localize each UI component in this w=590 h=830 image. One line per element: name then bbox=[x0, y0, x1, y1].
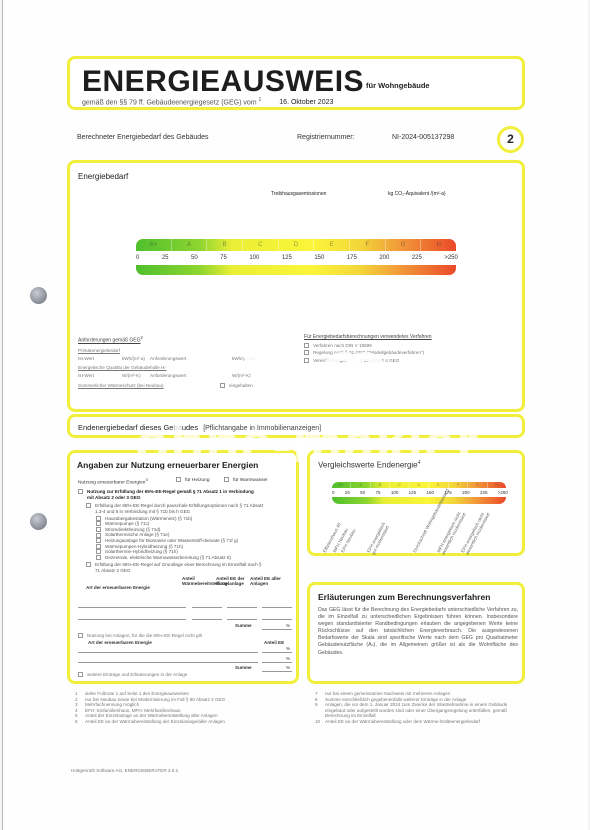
energy-demand-title: Energiebedarf bbox=[78, 172, 128, 181]
input-line[interactable] bbox=[227, 607, 257, 608]
scale-tick: 200 bbox=[379, 255, 389, 261]
renewable-option-label: Stromdirektheizung (§ 71d) bbox=[105, 527, 160, 532]
explanations-text: Das GEG lässt für die Berechnung des Ene… bbox=[318, 607, 518, 657]
input-line[interactable] bbox=[262, 619, 292, 620]
col-share-ee-single: Anteil EE der Einzelanlage bbox=[216, 576, 250, 591]
requirements-title: Anforderungen gemäß GEG bbox=[78, 338, 141, 344]
punch-hole bbox=[30, 513, 47, 530]
energy-class-segment: B bbox=[207, 239, 243, 251]
col-share-ee: Anteil EE bbox=[264, 640, 284, 646]
footnote-ref: 1 bbox=[259, 97, 262, 103]
explanations-title: Erläuterungen zum Berechnungsverfahren bbox=[318, 592, 490, 602]
scale-tick: 0 bbox=[332, 490, 335, 495]
software-credit: Hottgenroth Software AG, ENERGIEBERATER … bbox=[71, 768, 178, 773]
scale-tick: 175 bbox=[347, 255, 357, 261]
input-line[interactable] bbox=[262, 652, 292, 653]
registration-label: Registriernummer: bbox=[297, 134, 355, 141]
energy-class-segment: E bbox=[314, 239, 350, 251]
renewable-option-checkbox[interactable] bbox=[96, 549, 101, 554]
footnote-text: Anteil EE an der Wärmebereitstellung ode… bbox=[325, 719, 480, 725]
renewables-box: Angaben zur Nutzung erneuerbarer Energie… bbox=[67, 450, 299, 684]
renewable-option-label: Wärmepumpen-Hybridheizung (§ 71h) bbox=[105, 544, 183, 549]
energy-class-segment: A bbox=[172, 239, 208, 251]
renewable-option-checkbox[interactable] bbox=[96, 516, 101, 521]
scale-tick: 200 bbox=[462, 490, 470, 495]
scale-tick: 225 bbox=[412, 255, 422, 261]
energy-class-segment: A+ bbox=[332, 482, 351, 488]
renewable-option-label: Dezentrale, elektrische Warmwasserbereit… bbox=[105, 555, 231, 560]
scale-tick: 150 bbox=[314, 255, 324, 261]
renewable-option-label: Wärmepumpe (§ 71c) bbox=[105, 521, 149, 526]
energy-class-segment: H bbox=[421, 239, 456, 251]
sum-input[interactable] bbox=[262, 671, 292, 672]
law-reference: gemäß den §§ 79 ff. Gebäudeenergiegesetz… bbox=[82, 99, 257, 106]
energy-class-segment: C bbox=[390, 482, 409, 488]
section-label: Berechneter Energiebedarf des Gebäudes bbox=[77, 134, 209, 141]
document-subtitle: für Wohngebäude bbox=[366, 81, 430, 90]
renewable-option-label: Solarthermische Anlage (§ 71e) bbox=[105, 532, 169, 537]
rule65-label: Nutzung zur Erfüllung der 65%-EE-Regel g… bbox=[87, 489, 257, 500]
comparison-label: EFH energetischgut modernisiert bbox=[366, 521, 391, 555]
scale-tick: 50 bbox=[360, 490, 365, 495]
footnote: 10Anteil EE an der Wärmebereitstellung o… bbox=[315, 719, 525, 725]
scale-tick: 75 bbox=[375, 490, 380, 495]
input-line[interactable] bbox=[262, 607, 292, 608]
law-date: 16. Oktober 2023 bbox=[279, 99, 333, 106]
unit-label: W/(m²·K) bbox=[122, 373, 150, 379]
scale-tick: 125 bbox=[409, 490, 417, 495]
energy-scale-ticks: 0255075100125150175200225>250 bbox=[136, 255, 458, 261]
footnote-ref: 2 bbox=[141, 335, 143, 340]
input-line[interactable] bbox=[262, 662, 292, 663]
renewable-option-checkbox[interactable] bbox=[96, 527, 101, 532]
energy-class-segment: F bbox=[449, 482, 468, 488]
percent-sign: % bbox=[286, 656, 290, 662]
comparison-scale-bar: A+ABCDEFGH bbox=[332, 482, 506, 488]
footnote-text: Anlagen, die vor dem 1. Januar 2024 zum … bbox=[325, 702, 525, 719]
watermark-text: ohne-makler bbox=[135, 410, 479, 475]
further-entries-checkbox[interactable] bbox=[78, 672, 83, 677]
footnote: 9Anlagen, die vor dem 1. Januar 2024 zum… bbox=[315, 702, 525, 719]
input-line[interactable] bbox=[192, 607, 222, 608]
energy-class-segment: H bbox=[488, 482, 506, 488]
rule65-checkbox[interactable] bbox=[78, 489, 83, 494]
hot-water-label: für Warmwasser bbox=[233, 478, 268, 483]
scale-tick: 25 bbox=[162, 255, 169, 261]
method-label: Verfahren nach DIN V 18599 bbox=[313, 343, 372, 348]
hot-water-checkbox[interactable] bbox=[224, 477, 229, 482]
method-checkbox[interactable] bbox=[304, 350, 309, 355]
scale-tick: 100 bbox=[391, 490, 399, 495]
col-share-ee-all: Anteil EE aller Anlagen bbox=[250, 576, 284, 591]
percent-sign: % bbox=[286, 665, 290, 671]
actual-value-label: Ist-Wert bbox=[78, 356, 122, 362]
further-entries-label: weitere Einträge und Erläuterungen in de… bbox=[87, 672, 187, 678]
scale-tick: 0 bbox=[136, 255, 139, 261]
energy-class-segment: B bbox=[371, 482, 390, 488]
footnote-number: 6 bbox=[75, 719, 85, 725]
header-box: ENERGIEAUSWEIS für Wohngebäude gemäß den… bbox=[67, 56, 525, 110]
not-applicable-checkbox[interactable] bbox=[78, 633, 83, 638]
footnote-ref: 3 bbox=[145, 477, 147, 482]
heating-checkbox[interactable] bbox=[176, 477, 181, 482]
scale-tick: 50 bbox=[191, 255, 198, 261]
percent-sign: % bbox=[286, 623, 290, 629]
method-checkbox[interactable] bbox=[304, 343, 309, 348]
footnotes-left: 1siehe Fußnote 1 auf Seite 1 des Energie… bbox=[75, 691, 290, 725]
energy-scale-bar: A+ABCDEFGH bbox=[136, 239, 456, 251]
methods-title: Für Energiebedarfsberechnungen verwendet… bbox=[304, 335, 519, 341]
renewable-option-label: Heizungsanlage für Biomasse oder Wassers… bbox=[105, 538, 238, 543]
lump-sum-label: Erfüllung der 65%-EE-Regel durch pauscha… bbox=[95, 503, 265, 514]
renewables-usage-label: Nutzung erneuerbarer Energien bbox=[78, 481, 145, 486]
footnote-number: 9 bbox=[315, 702, 325, 719]
renewables-content: Nutzung erneuerbarer Energien3 für Heizu… bbox=[78, 477, 290, 590]
punch-hole bbox=[30, 287, 47, 304]
comparison-scale-lower bbox=[332, 497, 506, 504]
col-energy-type: Art der erneuerbaren Energie bbox=[88, 640, 152, 646]
scale-tick: 75 bbox=[220, 255, 227, 261]
input-line[interactable] bbox=[78, 619, 186, 620]
method-checkbox[interactable] bbox=[304, 358, 309, 363]
emissions-unit: kg CO₂-Äquivalent /(m²·a) bbox=[388, 191, 446, 197]
scale-tick: 125 bbox=[282, 255, 292, 261]
energy-class-segment: F bbox=[350, 239, 386, 251]
scale-tick: >250 bbox=[498, 490, 508, 495]
renewable-option-checkbox[interactable] bbox=[96, 533, 101, 538]
renewable-option: Dezentrale, elektrische Warmwasserbereit… bbox=[96, 555, 290, 561]
footnote-number: 10 bbox=[315, 719, 325, 725]
energy-class-segment: C bbox=[243, 239, 279, 251]
footnote-text: Anteil EE an der Wärmebereitstellung der… bbox=[85, 719, 225, 725]
scale-tick: 25 bbox=[345, 490, 350, 495]
energy-class-segment: A bbox=[351, 482, 370, 488]
scale-tick: 100 bbox=[249, 255, 259, 261]
individual-calc-checkbox[interactable] bbox=[86, 562, 91, 567]
scale-tick: 150 bbox=[426, 490, 434, 495]
energy-class-segment: D bbox=[410, 482, 429, 488]
energy-demand-box: Energiebedarf Treibhausgasemissionen kg … bbox=[67, 160, 525, 412]
input-line[interactable] bbox=[78, 607, 186, 608]
lump-sum-checkbox[interactable] bbox=[86, 503, 91, 508]
energy-class-segment: G bbox=[386, 239, 422, 251]
footnote: 6Anteil EE an der Wärmebereitstellung de… bbox=[75, 719, 290, 725]
percent-sign: % bbox=[286, 646, 290, 652]
renewable-option-checkbox[interactable] bbox=[96, 544, 101, 549]
renewable-option-checkbox[interactable] bbox=[96, 555, 101, 560]
renewable-option-checkbox[interactable] bbox=[96, 538, 101, 543]
emissions-label: Treibhausgasemissionen bbox=[271, 191, 326, 197]
renewable-option-label: Solarthermie-Hybridheizung (§ 71h) bbox=[105, 549, 178, 554]
energy-class-segment: G bbox=[468, 482, 487, 488]
sum-input[interactable] bbox=[262, 629, 292, 630]
renewable-option-label: Hausübergabestation (Wärmenetz) (§ 71b) bbox=[105, 516, 192, 521]
registration-number: NI-2024-005137298 bbox=[392, 134, 454, 141]
energy-scale-lower bbox=[136, 265, 456, 275]
comparison-scale-ticks: 0255075100125150175200225>250 bbox=[332, 490, 508, 495]
renewable-option-checkbox[interactable] bbox=[96, 521, 101, 526]
document-title: ENERGIEAUSWEIS bbox=[82, 65, 364, 99]
input-line[interactable] bbox=[227, 619, 257, 620]
sum-label: Summe bbox=[235, 623, 252, 629]
scale-tick: >250 bbox=[444, 255, 458, 261]
actual-value-label: Ist-Wert bbox=[78, 373, 122, 379]
explanations-box: Erläuterungen zum Berechnungsverfahren D… bbox=[307, 582, 525, 684]
col-energy-type: Art der erneuerbaren Energie bbox=[78, 576, 182, 591]
input-line[interactable] bbox=[192, 619, 222, 620]
primary-energy-label: Primärenergiebedarf bbox=[78, 348, 293, 354]
document-page: ENERGIEAUSWEIS für Wohngebäude gemäß den… bbox=[2, 0, 588, 830]
energy-class-segment: D bbox=[279, 239, 315, 251]
col-share-heat: Anteil Wärmebereitstellung bbox=[182, 576, 216, 591]
page-number-badge: 2 bbox=[497, 126, 524, 153]
input-line[interactable] bbox=[78, 662, 258, 663]
input-line[interactable] bbox=[78, 652, 258, 653]
sum-label: Summe bbox=[235, 665, 252, 671]
method-option: Verfahren nach DIN V 18599 bbox=[304, 343, 519, 349]
energy-class-segment: A+ bbox=[136, 239, 172, 251]
not-applicable-label: Nutzung bei Anlagen, für die die 65%-EE-… bbox=[87, 633, 202, 639]
footnotes-right: 7nur bei einem gemeinsamen Nachweis mit … bbox=[315, 691, 525, 725]
unit-label: kWh/(m²·a) bbox=[122, 356, 150, 362]
individual-calc-label: Erfüllung der 65%-EE-Regel auf Grundlage… bbox=[95, 562, 265, 573]
watermark-circle-icon bbox=[343, 352, 387, 396]
scale-tick: 225 bbox=[480, 490, 488, 495]
heating-label: für Heizung bbox=[185, 478, 210, 483]
